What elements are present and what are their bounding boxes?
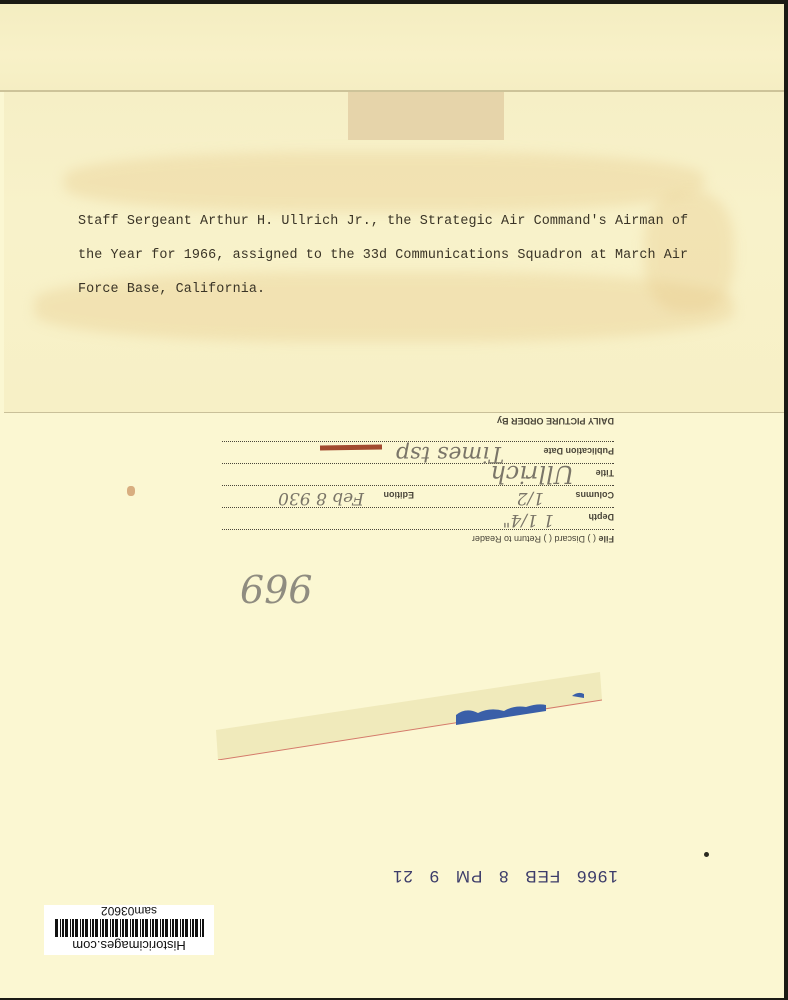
stain-spot bbox=[127, 486, 135, 496]
barcode-label: Historicimages.com sam03602 bbox=[44, 905, 214, 955]
tape-strip bbox=[216, 660, 602, 760]
stamp-row-publication-date: Publication Date Times tsp bbox=[222, 441, 614, 456]
date-stamp: 1966 FEB 8 PM 9 21 bbox=[392, 866, 618, 886]
stamp-row-file: File ( ) Discard ( ) Return to Reader bbox=[222, 529, 614, 544]
photo-caption: Staff Sergeant Arthur H. Ullrich Jr., th… bbox=[78, 205, 718, 307]
stamp-row-depth: Depth 1 1/4" bbox=[222, 507, 614, 522]
barcode-code: sam03602 bbox=[44, 904, 214, 918]
scan-edge bbox=[784, 0, 788, 1000]
stain bbox=[64, 152, 704, 212]
picture-order-stamp: File ( ) Discard ( ) Return to Reader De… bbox=[222, 404, 614, 544]
stamp-header: DAILY PICTURE ORDER By bbox=[497, 416, 614, 426]
ink-dot bbox=[704, 852, 709, 857]
adhesive-patch bbox=[348, 92, 504, 140]
handwritten-number: 969 bbox=[240, 566, 313, 610]
barcode-site: Historicimages.com bbox=[44, 938, 214, 953]
barcode-icon bbox=[54, 919, 204, 937]
top-paper-strip bbox=[0, 4, 784, 90]
